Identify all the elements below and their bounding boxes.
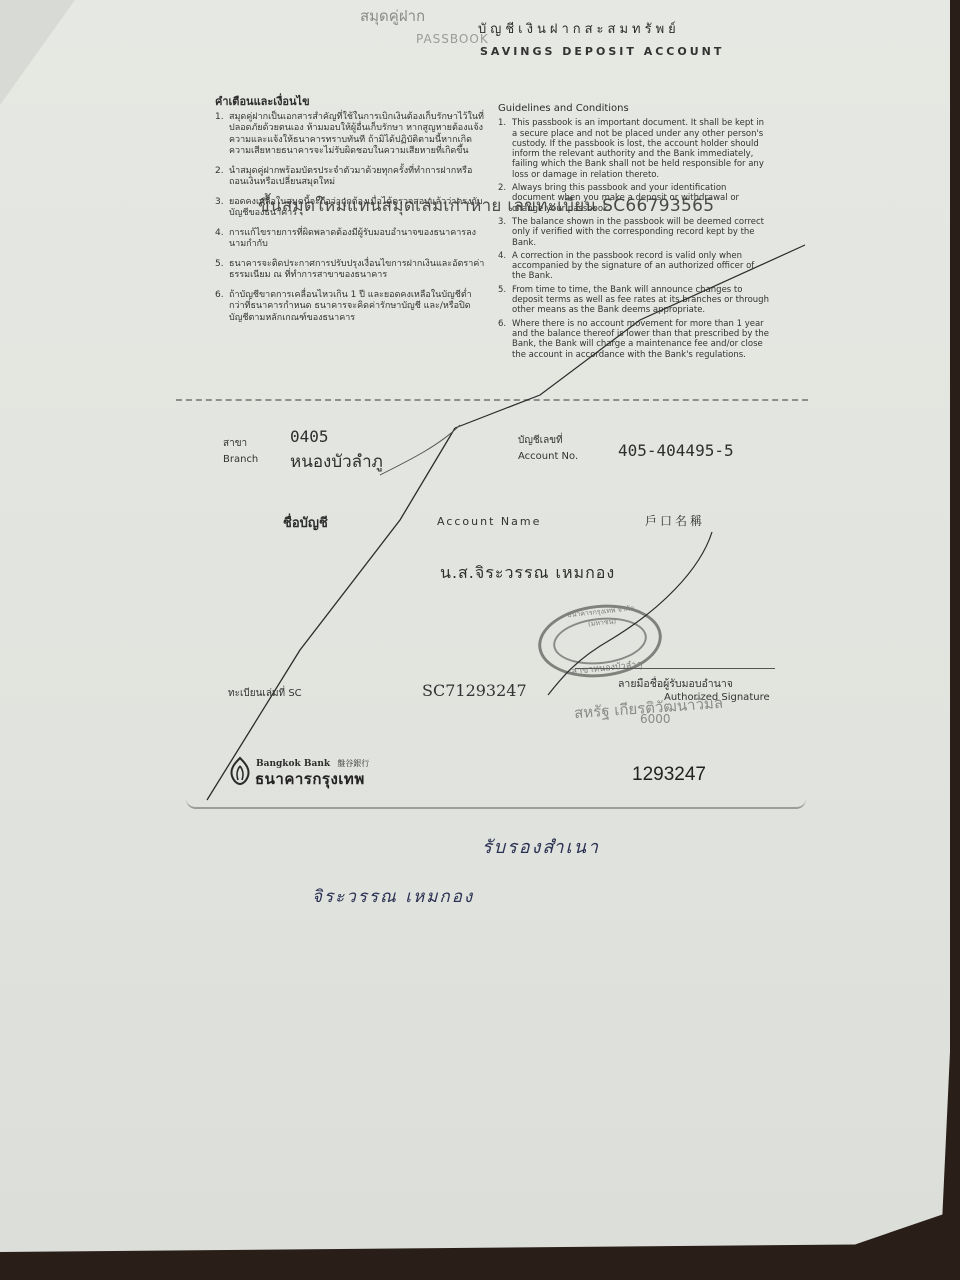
guideline-th-item: 5.ธนาคารจะติดประกาศการปรับปรุงเงื่อนไขกา… xyxy=(215,259,487,282)
passbook-label-en: PASSBOOK xyxy=(416,32,489,46)
account-type-title-en: SAVINGS DEPOSIT ACCOUNT xyxy=(480,45,724,58)
account-name-label-cn: 戶口名稱 xyxy=(645,512,705,529)
guideline-en-item-number: 5. xyxy=(498,285,512,316)
guideline-th-item-number: 2. xyxy=(215,166,229,189)
guideline-th-item-text: ถ้าบัญชีขาดการเคลื่อนไหวเกิน 1 ปี และยอด… xyxy=(229,290,487,325)
guideline-en-item-text: The balance shown in the passbook will b… xyxy=(512,217,770,248)
guideline-en-item: 4.A correction in the passbook record is… xyxy=(498,251,770,282)
guideline-en-item-number: 4. xyxy=(498,251,512,282)
guideline-en-item-text: A correction in the passbook record is v… xyxy=(512,251,770,282)
register-label: ทะเบียนเล่มที่ SC xyxy=(228,686,302,701)
guideline-en-item: 5.From time to time, the Bank will annou… xyxy=(498,285,770,316)
guideline-th-item: 2.นำสมุดคู่ฝากพร้อมบัตรประจำตัวมาด้วยทุก… xyxy=(215,166,487,189)
passbook-label-th: สมุดคู่ฝาก xyxy=(360,4,425,28)
overprinted-replacement-note: ขึ้นสมุดใหม่แทนสมุดเล่มเก่าหาย เลขทะเบีย… xyxy=(258,192,714,219)
guideline-en-item: 3.The balance shown in the passbook will… xyxy=(498,217,770,248)
guideline-th-item: 4.การแก้ไขรายการที่ผิดพลาดต้องมีผู้รับมอ… xyxy=(215,228,487,251)
guideline-th-item-number: 3. xyxy=(215,197,229,220)
guideline-th-item: 1.สมุดคู่ฝากเป็นเอกสารสำคัญที่ใช้ในการเบ… xyxy=(215,112,487,158)
authorized-signature-label-th: ลายมือชื่อผู้รับมอบอำนาจ xyxy=(618,675,733,692)
guidelines-th-title: คำเตือนและเงื่อนไข xyxy=(215,96,487,108)
guideline-en-item-number: 3. xyxy=(498,217,512,248)
guideline-th-item-text: สมุดคู่ฝากเป็นเอกสารสำคัญที่ใช้ในการเบิก… xyxy=(229,112,487,158)
guidelines-en: Guidelines and Conditions 1.This passboo… xyxy=(498,104,770,363)
guideline-th-item-number: 4. xyxy=(215,228,229,251)
passbook-serial-number: 1293247 xyxy=(632,764,706,786)
bank-name-th: ธนาคารกรุงเทพ xyxy=(255,767,365,791)
guideline-th-item-text: นำสมุดคู่ฝากพร้อมบัตรประจำตัวมาด้วยทุกคร… xyxy=(229,166,487,189)
account-no-label-th: บัญชีเลขที่ xyxy=(518,433,578,449)
guideline-en-item-number: 6. xyxy=(498,319,512,360)
account-name-label-en: Account Name xyxy=(437,515,541,528)
account-no-label-en: Account No. xyxy=(518,449,578,465)
passbook-edge xyxy=(186,799,806,809)
guideline-en-item-text: From time to time, the Bank will announc… xyxy=(512,285,770,316)
bangkok-bank-logo-icon xyxy=(228,756,252,786)
account-no-label: บัญชีเลขที่ Account No. xyxy=(518,433,578,465)
guideline-en-item: 1.This passbook is an important document… xyxy=(498,118,770,180)
branch-label: สาขา Branch xyxy=(223,436,258,468)
guideline-en-item-text: Where there is no account movement for m… xyxy=(512,319,770,360)
account-number: 405-404495-5 xyxy=(618,441,734,460)
account-holder-name: น.ส.จิระวรรณ เหมกอง xyxy=(440,561,615,586)
guideline-th-item-number: 1. xyxy=(215,112,229,158)
handwritten-signature: จิระวรรณ เหมกอง xyxy=(312,883,474,910)
guideline-en-item: 6.Where there is no account movement for… xyxy=(498,319,770,360)
signature-line xyxy=(575,668,775,669)
branch-label-th: สาขา xyxy=(223,436,258,452)
register-number: SC71293247 xyxy=(422,681,527,700)
account-type-title-th: บัญชีเงินฝากสะสมทรัพย์ xyxy=(478,18,680,39)
guideline-th-item: 6.ถ้าบัญชีขาดการเคลื่อนไหวเกิน 1 ปี และย… xyxy=(215,290,487,325)
guideline-th-item-number: 6. xyxy=(215,290,229,325)
branch-code: 0405 xyxy=(290,427,329,446)
perforation-divider xyxy=(176,399,808,401)
guideline-en-item-number: 1. xyxy=(498,118,512,180)
guideline-th-item-text: ธนาคารจะติดประกาศการปรับปรุงเงื่อนไขการฝ… xyxy=(229,259,487,282)
branch-label-en: Branch xyxy=(223,452,258,468)
branch-name: หนองบัวลำภู xyxy=(290,448,383,475)
guideline-en-item-text: This passbook is an important document. … xyxy=(512,118,770,180)
handwritten-certification-note: รับรองสำเนา xyxy=(482,832,600,861)
guideline-th-item-number: 5. xyxy=(215,259,229,282)
officer-code-stamp: 6000 xyxy=(640,712,671,726)
guideline-th-item-text: การแก้ไขรายการที่ผิดพลาดต้องมีผู้รับมอบอ… xyxy=(229,228,487,251)
account-name-label-th: ชื่อบัญชี xyxy=(283,512,328,533)
guidelines-en-title: Guidelines and Conditions xyxy=(498,104,770,114)
